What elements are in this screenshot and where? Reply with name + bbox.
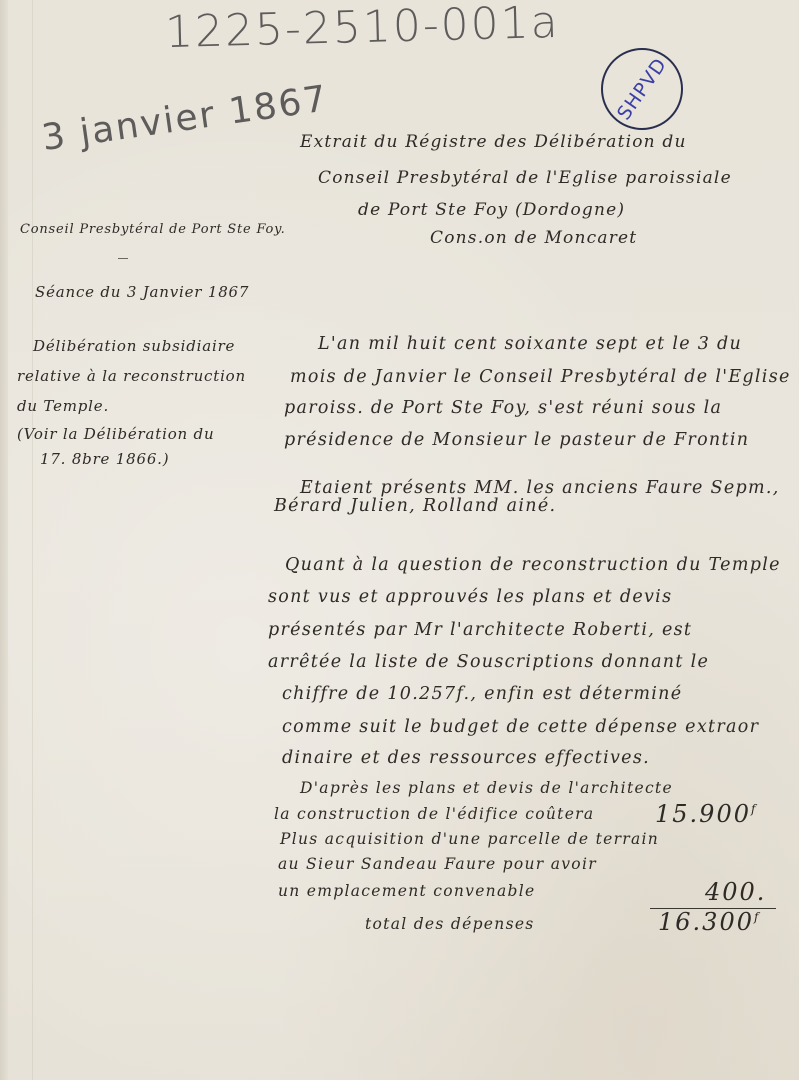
budget-intro: D'après les plans et devis de l'architec… (300, 779, 673, 797)
budget-total-label: total des dépenses (365, 915, 535, 933)
margin-council: Conseil Presbytéral de Port Ste Foy. (20, 222, 286, 237)
budget-item-label: un emplacement convenable (278, 882, 535, 900)
amount-value: 15.900 (655, 800, 751, 828)
paper-edge (0, 0, 8, 1080)
margin-subject-line: (Voir la Délibération du (17, 425, 214, 443)
body-line: mois de Janvier le Conseil Presbytéral d… (290, 367, 791, 387)
heading-line: Extrait du Régistre des Délibération du (300, 132, 687, 152)
body-line: arrêtée la liste de Souscriptions donnan… (268, 652, 709, 672)
body-line: comme suit le budget de cette dépense ex… (282, 717, 759, 737)
body-line: Bérard Julien, Rolland ainé. (274, 496, 556, 516)
amount-suffix: f (754, 910, 760, 924)
margin-subject-line: relative à la reconstruction (17, 367, 246, 385)
budget-total-amount: 16.300f (658, 908, 760, 936)
amount-suffix: f (751, 802, 757, 816)
heading-line: Conseil Presbytéral de l'Eglise paroissi… (318, 168, 732, 188)
archive-stamp: SHPVD (601, 48, 683, 130)
document-page: 1225-2510-001a 3 janvier 1867 SHPVD Extr… (0, 0, 799, 1080)
margin-subject-line: 17. 8bre 1866.) (40, 450, 169, 468)
divider (118, 258, 128, 259)
margin-session: Séance du 3 Janvier 1867 (35, 283, 249, 301)
body-line: L'an mil huit cent soixante sept et le 3… (318, 334, 742, 354)
archive-id: 1225-2510-001a (164, 0, 560, 58)
body-line: paroiss. de Port Ste Foy, s'est réuni so… (284, 398, 722, 418)
body-line: chiffre de 10.257f., enfin est déterminé (282, 684, 682, 704)
budget-item-label: au Sieur Sandeau Faure pour avoir (278, 855, 597, 873)
budget-item-amount: 15.900f (655, 800, 757, 828)
fold-line (32, 0, 33, 1080)
budget-item-amount: 400. (705, 878, 766, 906)
pencil-date-note: 3 janvier 1867 (39, 78, 330, 159)
stamp-text: SHPVD (613, 54, 671, 124)
body-line: Quant à la question de reconstruction du… (285, 555, 781, 575)
body-line: présidence de Monsieur le pasteur de Fro… (284, 430, 749, 450)
heading-line: Cons.on de Moncaret (430, 228, 637, 248)
body-line: Etaient présents MM. les anciens Faure S… (300, 478, 780, 498)
body-line: présentés par Mr l'architecte Roberti, e… (268, 620, 692, 640)
margin-subject-line: du Temple. (17, 397, 109, 415)
amount-value: 16.300 (658, 908, 754, 936)
margin-subject-line: Délibération subsidiaire (33, 337, 235, 355)
body-line: dinaire et des ressources effectives. (282, 748, 650, 768)
body-line: sont vus et approuvés les plans et devis (268, 587, 672, 607)
budget-item-label: la construction de l'édifice coûtera (274, 805, 594, 823)
heading-line: de Port Ste Foy (Dordogne) (358, 200, 625, 220)
budget-item-label: Plus acquisition d'une parcelle de terra… (280, 830, 659, 848)
